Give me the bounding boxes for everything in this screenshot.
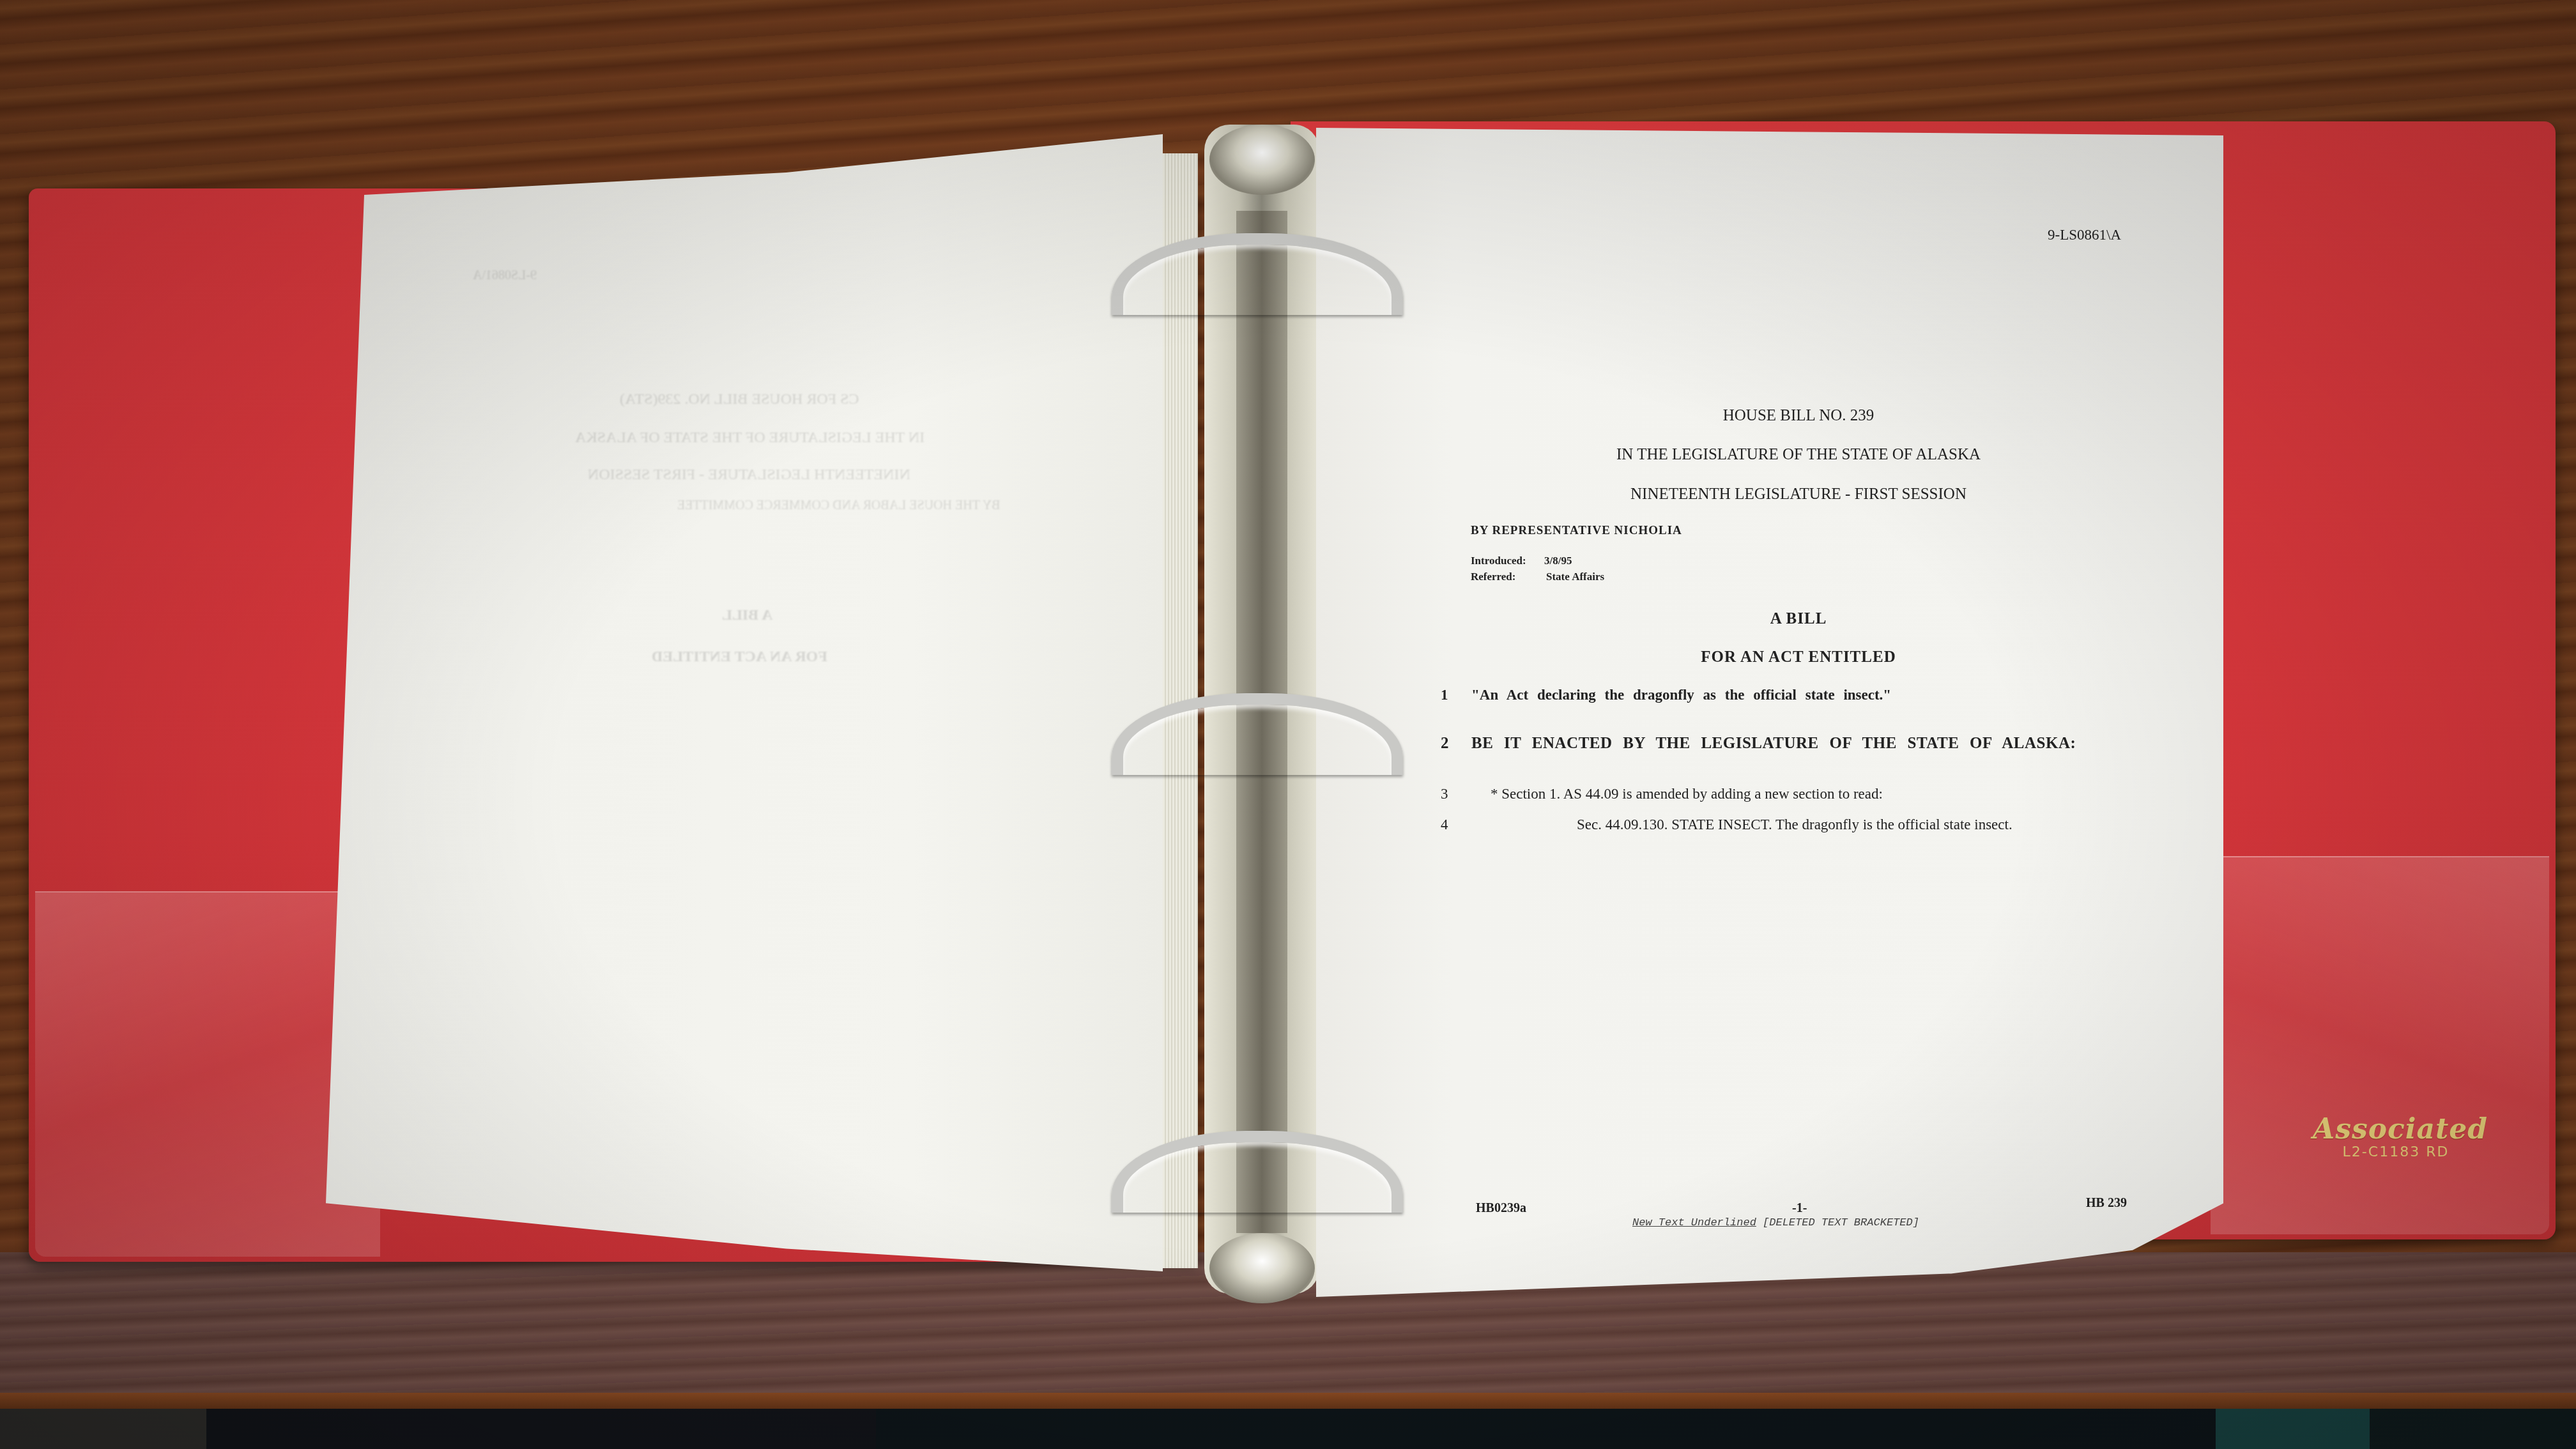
legislature-line: IN THE LEGISLATURE OF THE STATE OF ALASK… bbox=[1457, 446, 2140, 464]
referred-value: State Affairs bbox=[1546, 571, 1604, 583]
footer-legend: New Text Underlined [DELETED TEXT BRACKE… bbox=[1632, 1217, 1919, 1229]
left-page[interactable] bbox=[326, 134, 1163, 1271]
line-number: 1 bbox=[1441, 687, 1471, 703]
introduced-label: Introduced: bbox=[1471, 555, 1544, 567]
ghost-line: NINETEENTH LEGISLATURE - FIRST SESSION bbox=[588, 466, 910, 484]
spine-top-rivet bbox=[1209, 125, 1315, 195]
line-number: 2 bbox=[1441, 735, 1471, 753]
ghost-doc-ref: 9-LS0861\A bbox=[473, 268, 537, 283]
referred-row: Referred:State Affairs bbox=[1471, 571, 1604, 583]
bill-title: HOUSE BILL NO. 239 bbox=[1457, 407, 2140, 425]
binder-pocket-right bbox=[2211, 856, 2549, 1234]
footer-bill-code: HB0239a bbox=[1476, 1201, 1526, 1216]
bill-line: 1"An Act declaring the dragonfly as the … bbox=[1441, 687, 1891, 703]
introduced-row: Introduced:3/8/95 bbox=[1471, 555, 1572, 567]
ghost-line: IN THE LEGISLATURE OF THE STATE OF ALASK… bbox=[575, 429, 924, 447]
line-text: BE IT ENACTED BY THE LEGISLATURE OF THE … bbox=[1471, 735, 2076, 752]
sponsor-line: BY REPRESENTATIVE NICHOLIA bbox=[1471, 524, 1682, 538]
referred-label: Referred: bbox=[1471, 571, 1546, 583]
line-text: Sec. 44.09.130. STATE INSECT. The dragon… bbox=[1471, 816, 2012, 832]
introduced-value: 3/8/95 bbox=[1544, 555, 1572, 567]
legend-underlined: New Text Underlined bbox=[1632, 1217, 1756, 1229]
right-page[interactable] bbox=[1316, 128, 2223, 1297]
for-act-heading: FOR AN ACT ENTITLED bbox=[1457, 648, 2140, 666]
bill-line: 3* Section 1. AS 44.09 is amended by add… bbox=[1441, 786, 1883, 802]
brand-model-code: L2-C1183 RD bbox=[2313, 1144, 2479, 1160]
spine-bottom-rivet bbox=[1209, 1233, 1315, 1303]
line-number: 4 bbox=[1441, 816, 1471, 833]
brand-name: Associated bbox=[2313, 1113, 2479, 1146]
ghost-line: BY THE HOUSE LABOR AND COMMERCE COMMITTE… bbox=[677, 498, 1000, 513]
line-text: * Section 1. AS 44.09 is amended by addi… bbox=[1471, 786, 1883, 802]
a-bill-heading: A BILL bbox=[1457, 610, 2140, 628]
ghost-line: FOR AN ACT ENTITLED bbox=[652, 648, 827, 666]
line-text: "An Act declaring the dragonfly as the o… bbox=[1471, 687, 1891, 703]
line-number: 3 bbox=[1441, 786, 1471, 802]
legend-bracketed: [DELETED TEXT BRACKETED] bbox=[1763, 1217, 1919, 1229]
session-line: NINETEENTH LEGISLATURE - FIRST SESSION bbox=[1457, 486, 2140, 503]
floor-background bbox=[0, 1409, 2576, 1449]
bill-line: 2BE IT ENACTED BY THE LEGISLATURE OF THE… bbox=[1441, 735, 2076, 753]
footer-page-number: -1- bbox=[1792, 1201, 1807, 1216]
ghost-line: A BILL bbox=[722, 607, 772, 624]
document-reference: 9-LS0861\A bbox=[2048, 227, 2121, 243]
ghost-header: CS FOR HOUSE BILL NO. 239(STA) bbox=[620, 391, 859, 408]
binder-brand-label: Associated L2-C1183 RD bbox=[2313, 1113, 2479, 1160]
bill-line: 4Sec. 44.09.130. STATE INSECT. The drago… bbox=[1441, 816, 2012, 833]
footer-bill-number: HB 239 bbox=[2086, 1196, 2127, 1211]
